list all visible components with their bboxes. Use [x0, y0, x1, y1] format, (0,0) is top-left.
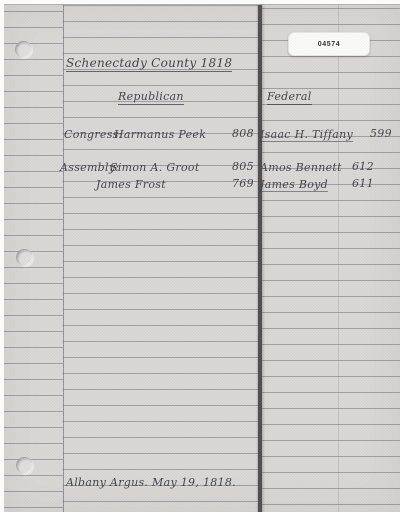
federal-vote-count: 611 — [352, 178, 374, 189]
ruled-lines-left-strip — [4, 5, 63, 512]
hole-punch-middle — [16, 249, 33, 266]
page-title: Schenectady County 1818 — [66, 57, 232, 72]
republican-candidate-name: Harmanus Peek — [114, 129, 206, 140]
republican-candidate-name: James Frost — [96, 179, 166, 190]
ruled-lines-right — [262, 5, 400, 512]
binding-shadow-line — [258, 5, 262, 512]
republican-candidate-name: Simon A. Groot — [110, 162, 200, 173]
catalog-sticker: 04574 — [288, 32, 370, 56]
federal-candidate-name: James Boyd — [260, 179, 328, 192]
federal-vote-count: 599 — [370, 128, 392, 139]
source-citation: Albany Argus. May 19, 1818. — [66, 477, 236, 488]
federal-candidate-name: Isaac H. Tiffany — [260, 129, 353, 142]
notebook-page: 04574 Schenectady County 1818 Republican… — [4, 4, 400, 512]
column-header-republican: Republican — [118, 91, 184, 105]
hole-punch-bottom — [16, 457, 33, 474]
catalog-number: 04574 — [318, 41, 340, 48]
ruled-lines-center — [63, 5, 259, 512]
republican-vote-count: 808 — [232, 128, 254, 139]
scanned-document: 04574 Schenectady County 1818 Republican… — [0, 0, 400, 512]
federal-vote-count: 612 — [352, 161, 374, 172]
federal-candidate-name: Amos Bennett — [260, 162, 342, 173]
republican-vote-count: 805 — [232, 161, 254, 172]
republican-vote-count: 769 — [232, 178, 254, 189]
column-header-federal: Federal — [267, 91, 312, 105]
margin-rule-line — [63, 5, 64, 512]
hole-punch-top — [15, 41, 32, 58]
faint-vertical-line — [338, 5, 339, 512]
